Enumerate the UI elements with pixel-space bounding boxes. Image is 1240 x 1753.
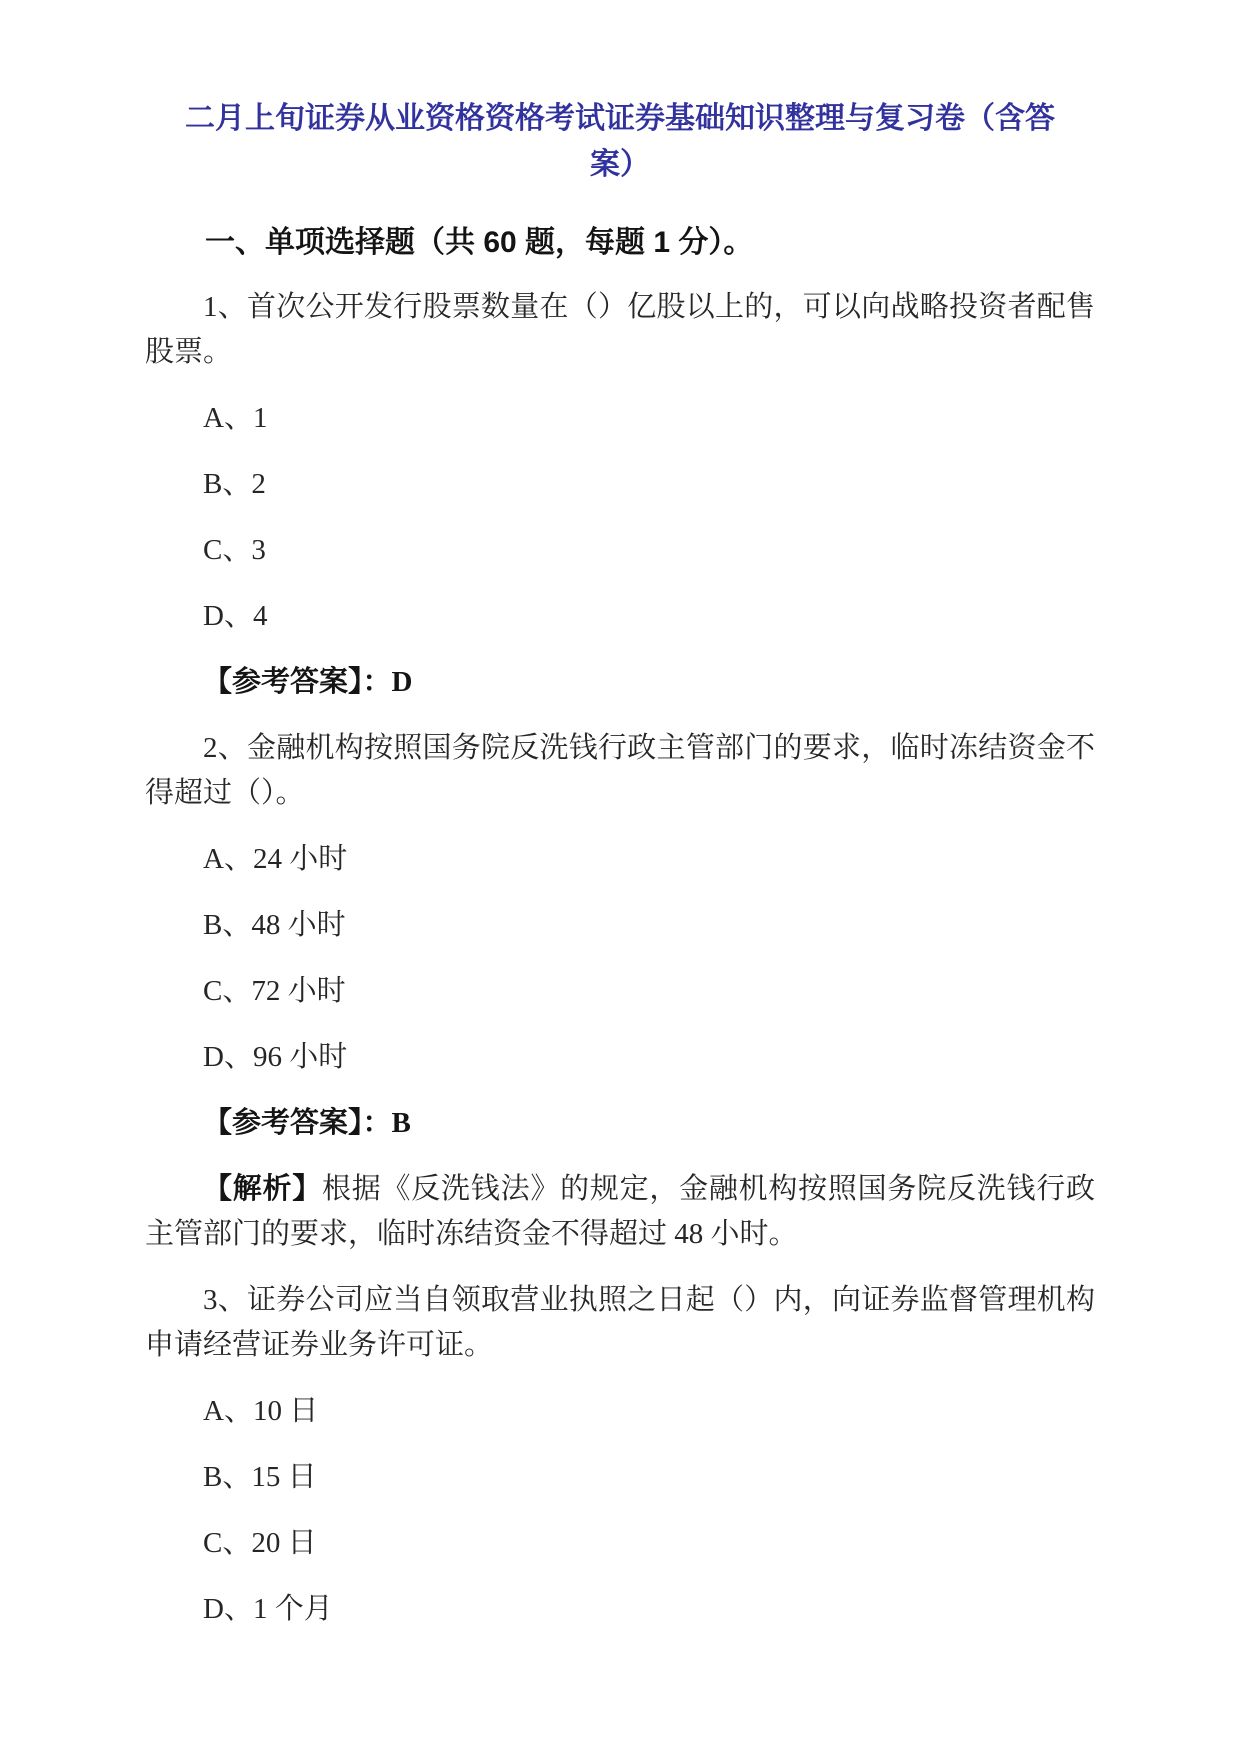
answer-line: 【参考答案】：B [145,1101,1095,1146]
option-item-b: B、2 [145,462,1095,507]
analysis-line: 【解析】根据《反洗钱法》的规定，金融机构按照国务院反洗钱行政主管部门的要求，临时… [145,1167,1095,1257]
question-number: 3、 [203,1284,247,1316]
answer-label: 【参考答案】： [203,1107,392,1139]
analysis-label: 【解析】 [203,1173,322,1205]
option-item-d: D、96 小时 [145,1035,1095,1080]
option-item-b: B、15 日 [145,1455,1095,1500]
option-item-c: C、72 小时 [145,969,1095,1014]
question-text: 2、金融机构按照国务院反洗钱行政主管部门的要求，临时冻结资金不得超过（）。 [145,726,1095,816]
question-text: 1、首次公开发行股票数量在（）亿股以上的，可以向战略投资者配售股票。 [145,285,1095,375]
question-block-2: 2、金融机构按照国务院反洗钱行政主管部门的要求，临时冻结资金不得超过（）。 A、… [145,726,1095,1257]
option-item-c: C、20 日 [145,1521,1095,1566]
option-item-a: A、24 小时 [145,837,1095,882]
answer-value: B [392,1107,411,1139]
option-item-d: D、1 个月 [145,1587,1095,1632]
question-number: 2、 [203,732,247,764]
document-title: 二月上旬证券从业资格资格考试证券基础知识整理与复习卷（含答案） [165,96,1075,188]
option-item-c: C、3 [145,528,1095,573]
document-page: 二月上旬证券从业资格资格考试证券基础知识整理与复习卷（含答案） 一、单项选择题（… [0,0,1240,1753]
answer-line: 【参考答案】：D [145,660,1095,705]
question-body: 首次公开发行股票数量在（）亿股以上的，可以向战略投资者配售股票。 [145,291,1095,368]
question-body: 证券公司应当自领取营业执照之日起（）内，向证券监督管理机构申请经营证券业务许可证… [145,1284,1095,1361]
question-block-3: 3、证券公司应当自领取营业执照之日起（）内，向证券监督管理机构申请经营证券业务许… [145,1278,1095,1632]
option-item-d: D、4 [145,594,1095,639]
question-number: 1、 [203,291,247,323]
section-heading: 一、单项选择题（共 60 题，每题 1 分）。 [145,220,1095,265]
answer-label: 【参考答案】： [203,666,392,698]
option-item-b: B、48 小时 [145,903,1095,948]
option-item-a: A、10 日 [145,1389,1095,1434]
question-text: 3、证券公司应当自领取营业执照之日起（）内，向证券监督管理机构申请经营证券业务许… [145,1278,1095,1368]
question-body: 金融机构按照国务院反洗钱行政主管部门的要求，临时冻结资金不得超过（）。 [145,732,1095,809]
answer-value: D [392,666,413,698]
option-item-a: A、1 [145,396,1095,441]
question-block-1: 1、首次公开发行股票数量在（）亿股以上的，可以向战略投资者配售股票。 A、1 B… [145,285,1095,705]
